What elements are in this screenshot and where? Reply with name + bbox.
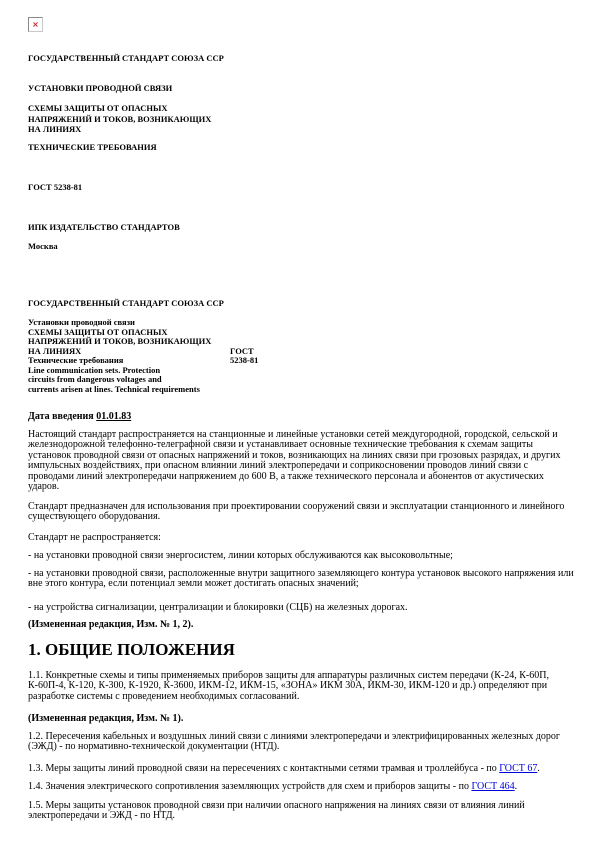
exclusion-item: - на установки проводной связи, располож… — [28, 569, 575, 590]
clause-1-1: 1.1. Конкретные схемы и типы применяемых… — [28, 671, 575, 703]
gost-464-link[interactable]: ГОСТ 464 — [471, 781, 514, 792]
subject-line: СХЕМЫ ЗАЩИТЫ ОТ ОПАСНЫХ — [28, 103, 575, 114]
scope-paragraph: Настоящий стандарт распространяется на с… — [28, 430, 575, 493]
clause-1-3-period: . — [537, 763, 540, 774]
standard-org-heading: ГОСУДАРСТВЕННЫЙ СТАНДАРТ СОЮЗА ССР — [28, 53, 575, 64]
title-block-titles: Установки проводной связи СХЕМЫ ЗАЩИТЫ О… — [28, 318, 230, 394]
designation-line: 5238-81 — [230, 356, 258, 366]
exclusion-item: - на устройства сигнализации, централиза… — [28, 603, 575, 614]
broken-image-icon: × — [28, 17, 43, 32]
amendment-note: (Измененная редакция, Изм. № 1, 2). — [28, 620, 575, 631]
clause-1-2: 1.2. Пересечения кабельных и воздушных л… — [28, 732, 575, 753]
amendment-note: (Измененная редакция, Изм. № 1). — [28, 714, 575, 725]
gost-number: ГОСТ 5238-81 — [28, 182, 575, 193]
gost-67-link[interactable]: ГОСТ 67 — [499, 763, 537, 774]
publisher-name: ИПК ИЗДАТЕЛЬСТВО СТАНДАРТОВ — [28, 222, 575, 233]
standard-subject-heading: СХЕМЫ ЗАЩИТЫ ОТ ОПАСНЫХ НАПРЯЖЕНИЙ И ТОК… — [28, 103, 575, 135]
exclusions-intro-paragraph: Стандарт не распространяется: — [28, 533, 575, 544]
standard-category-heading: УСТАНОВКИ ПРОВОДНОЙ СВЯЗИ — [28, 83, 575, 94]
effective-date-label: Дата введения — [28, 411, 94, 422]
clause-1-4: 1.4. Значения электрического сопротивлен… — [28, 782, 575, 793]
clause-1-4-text: 1.4. Значения электрического сопротивлен… — [28, 781, 471, 792]
subject-line: НА ЛИНИЯХ — [28, 124, 575, 135]
title-block-designation: ГОСТ 5238-81 — [230, 318, 258, 394]
section-1-heading: 1. ОБЩИЕ ПОЛОЖЕНИЯ — [28, 641, 575, 659]
title-en-line: currents arisen at lines. Technical requ… — [28, 385, 230, 395]
title-block: Установки проводной связи СХЕМЫ ЗАЩИТЫ О… — [28, 318, 575, 394]
publisher-city: Москва — [28, 241, 575, 252]
purpose-paragraph: Стандарт предназначен для использования … — [28, 502, 575, 523]
technical-requirements-heading: ТЕХНИЧЕСКИЕ ТРЕБОВАНИЯ — [28, 142, 575, 153]
clause-1-5: 1.5. Меры защиты установок проводной свя… — [28, 801, 575, 822]
subject-line: НАПРЯЖЕНИЙ И ТОКОВ, ВОЗНИКАЮЩИХ — [28, 114, 575, 125]
effective-date-line: Дата введения 01.01.83 — [28, 412, 575, 423]
broken-image-x-icon: × — [32, 21, 39, 29]
clause-1-3: 1.3. Меры защиты линий проводной связи н… — [28, 764, 575, 775]
standard-org-heading-2: ГОСУДАРСТВЕННЫЙ СТАНДАРТ СОЮЗА ССР — [28, 298, 575, 309]
clause-1-4-period: . — [515, 781, 518, 792]
document-page: × ГОСУДАРСТВЕННЫЙ СТАНДАРТ СОЮЗА ССР УСТ… — [0, 0, 595, 842]
clause-1-3-text: 1.3. Меры защиты линий проводной связи н… — [28, 763, 499, 774]
effective-date-value: 01.01.83 — [96, 411, 131, 422]
exclusion-item: - на установки проводной связи энергосис… — [28, 551, 575, 562]
